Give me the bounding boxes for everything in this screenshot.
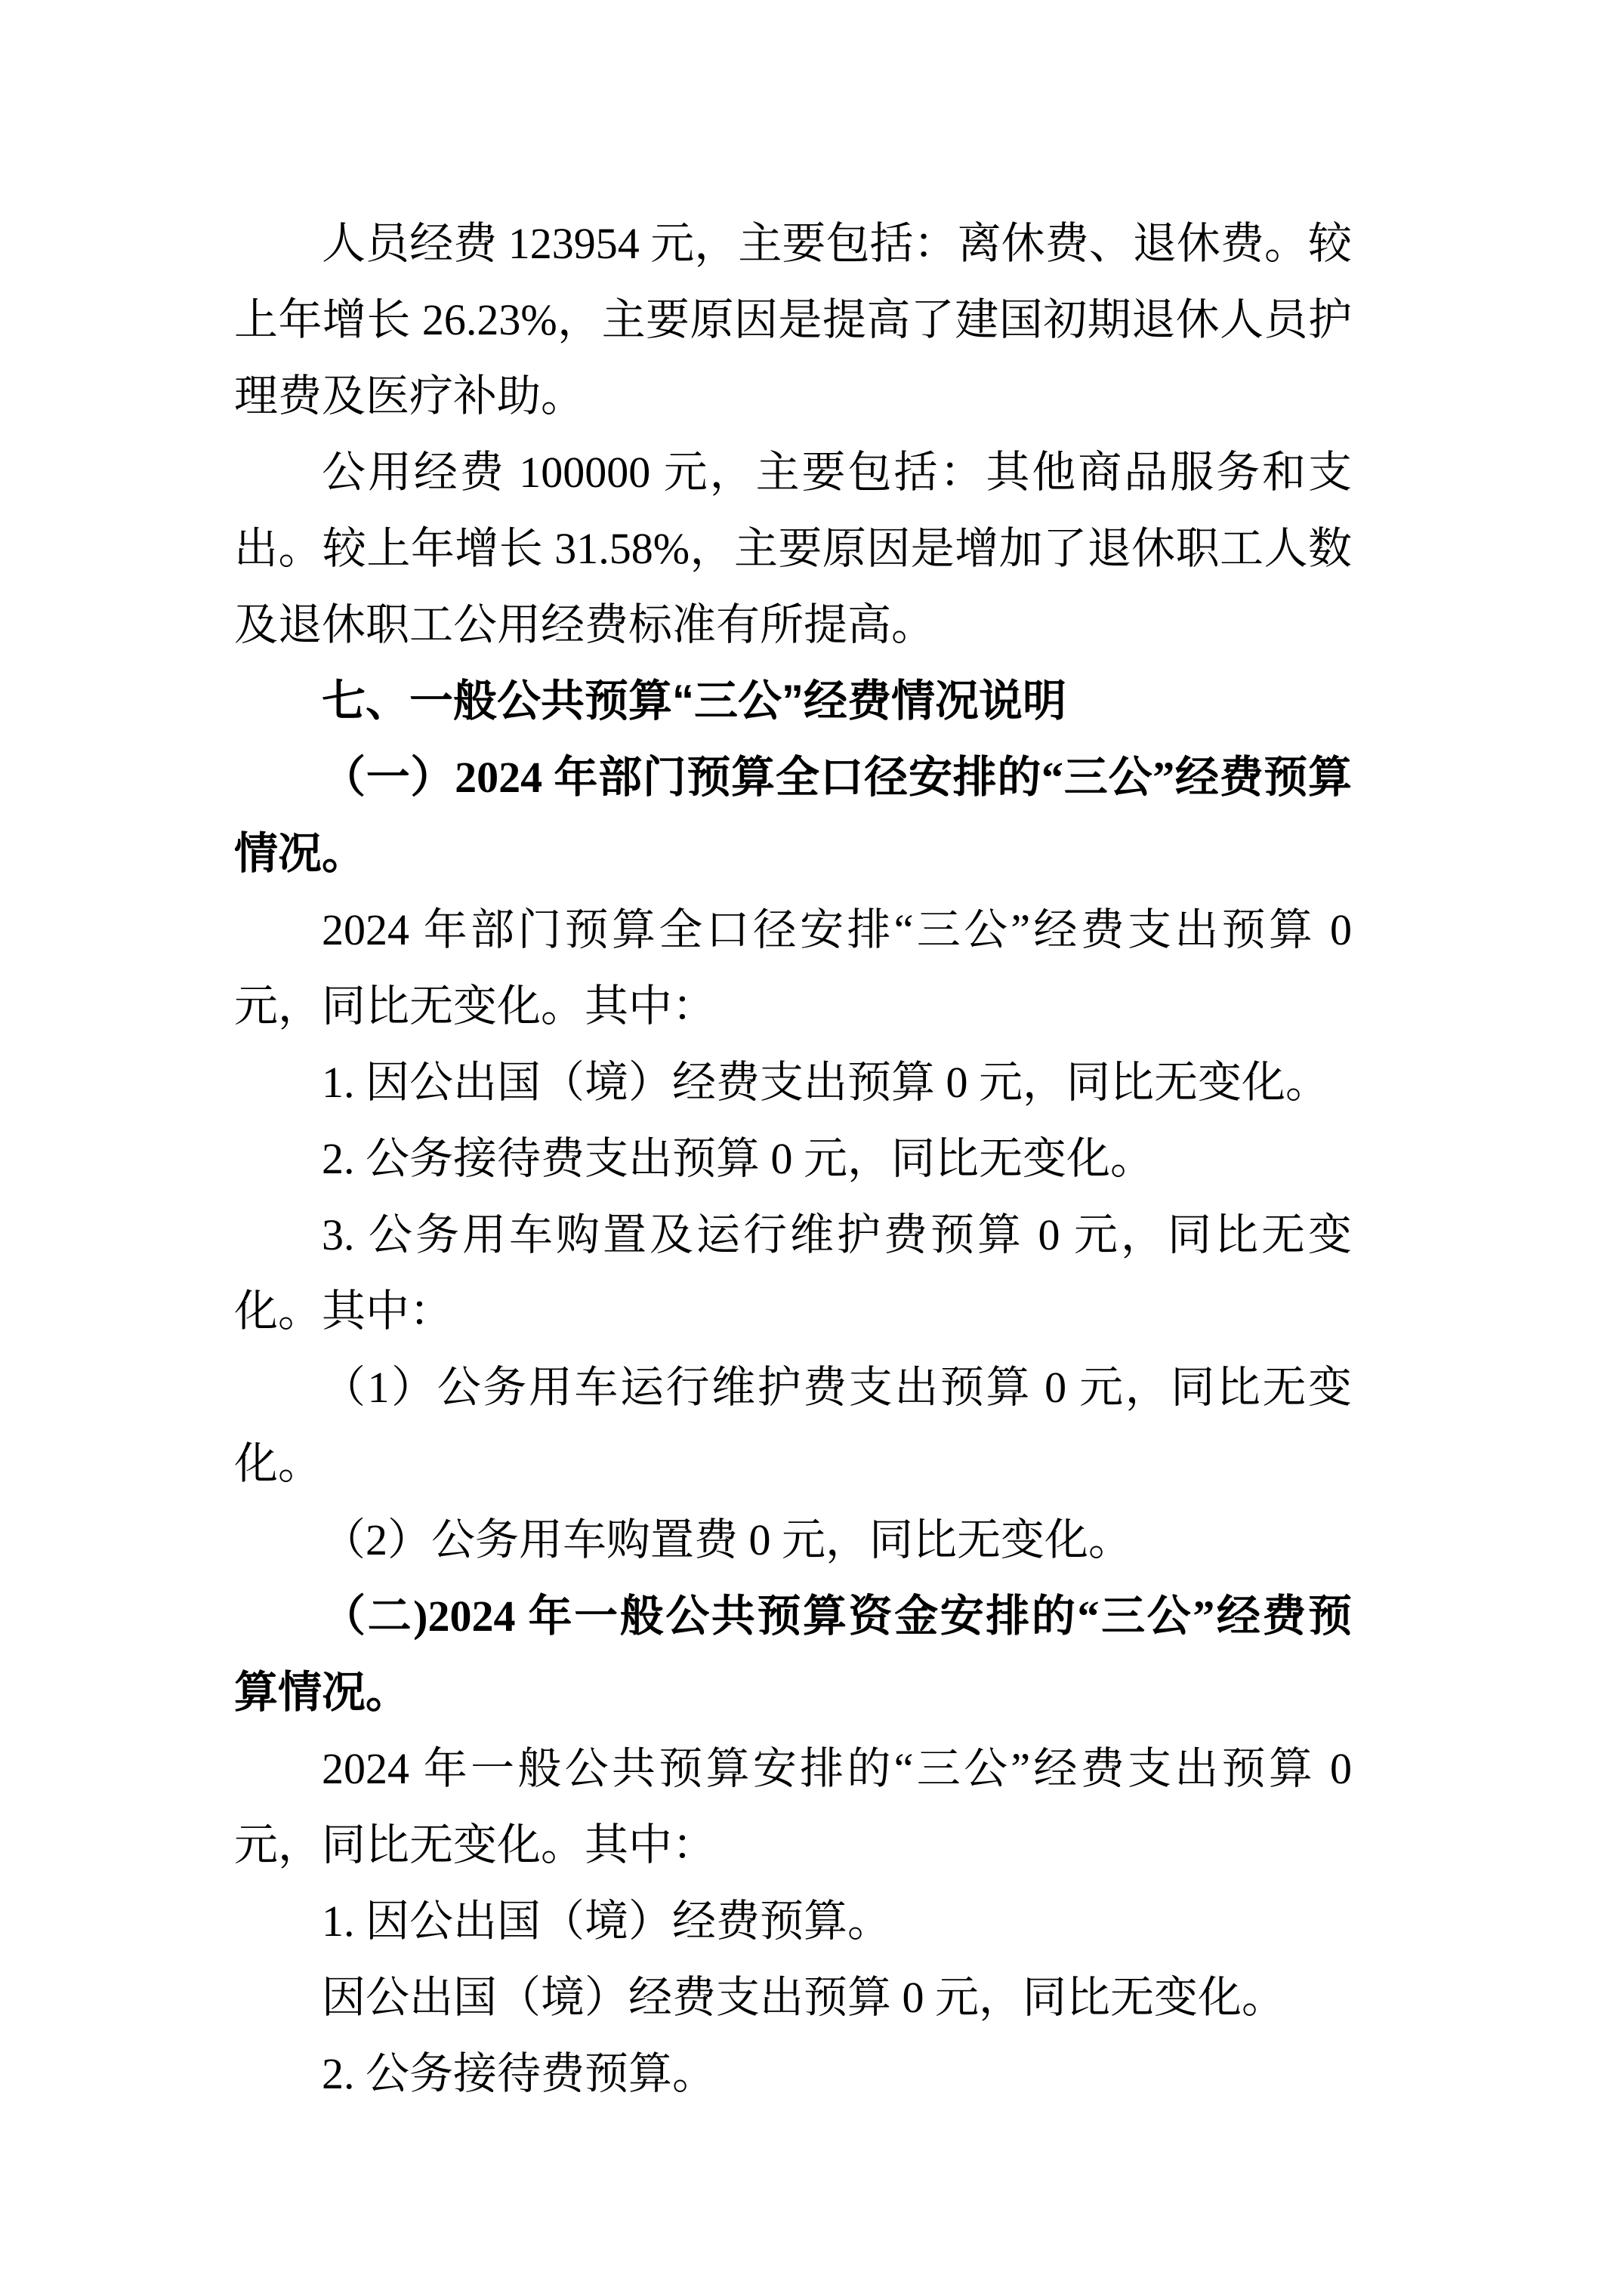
- list-item-paragraph: 2. 公务接待费预算。: [234, 2036, 1352, 2112]
- list-item-paragraph: 3. 公务用车购置及运行维护费预算 0 元，同比无变化。其中：: [234, 1197, 1352, 1349]
- sublist-item-paragraph: （2）公务用车购置费 0 元，同比无变化。: [234, 1502, 1352, 1578]
- list-item-paragraph: 1. 因公出国（境）经费预算。: [234, 1883, 1352, 1959]
- level2-heading: （一）2024 年部门预算全口径安排的“三公”经费预算情况。: [234, 739, 1352, 892]
- body-paragraph: 2024 年部门预算全口径安排“三公”经费支出预算 0 元，同比无变化。其中：: [234, 892, 1352, 1044]
- list-item-paragraph: 2. 公务接待费支出预算 0 元，同比无变化。: [234, 1120, 1352, 1197]
- document-body: 人员经费 123954 元，主要包括：离休费、退休费。较上年增长 26.23%，…: [234, 205, 1352, 2112]
- level2-heading: （二)2024 年一般公共预算资金安排的“三公”经费预算情况。: [234, 1578, 1352, 1730]
- body-paragraph: 人员经费 123954 元，主要包括：离休费、退休费。较上年增长 26.23%，…: [234, 205, 1352, 434]
- body-paragraph: 因公出国（境）经费支出预算 0 元，同比无变化。: [234, 1959, 1352, 2036]
- body-paragraph: 公用经费 100000 元，主要包括：其他商品服务和支出。较上年增长 31.58…: [234, 434, 1352, 663]
- sublist-item-paragraph: （1）公务用车运行维护费支出预算 0 元，同比无变化。: [234, 1349, 1352, 1502]
- body-paragraph: 2024 年一般公共预算安排的“三公”经费支出预算 0 元，同比无变化。其中：: [234, 1730, 1352, 1883]
- list-item-paragraph: 1. 因公出国（境）经费支出预算 0 元，同比无变化。: [234, 1044, 1352, 1120]
- document-page: 人员经费 123954 元，主要包括：离休费、退休费。较上年增长 26.23%，…: [0, 0, 1623, 2296]
- level1-heading: 七、一般公共预算“三公”经费情况说明: [234, 663, 1352, 739]
